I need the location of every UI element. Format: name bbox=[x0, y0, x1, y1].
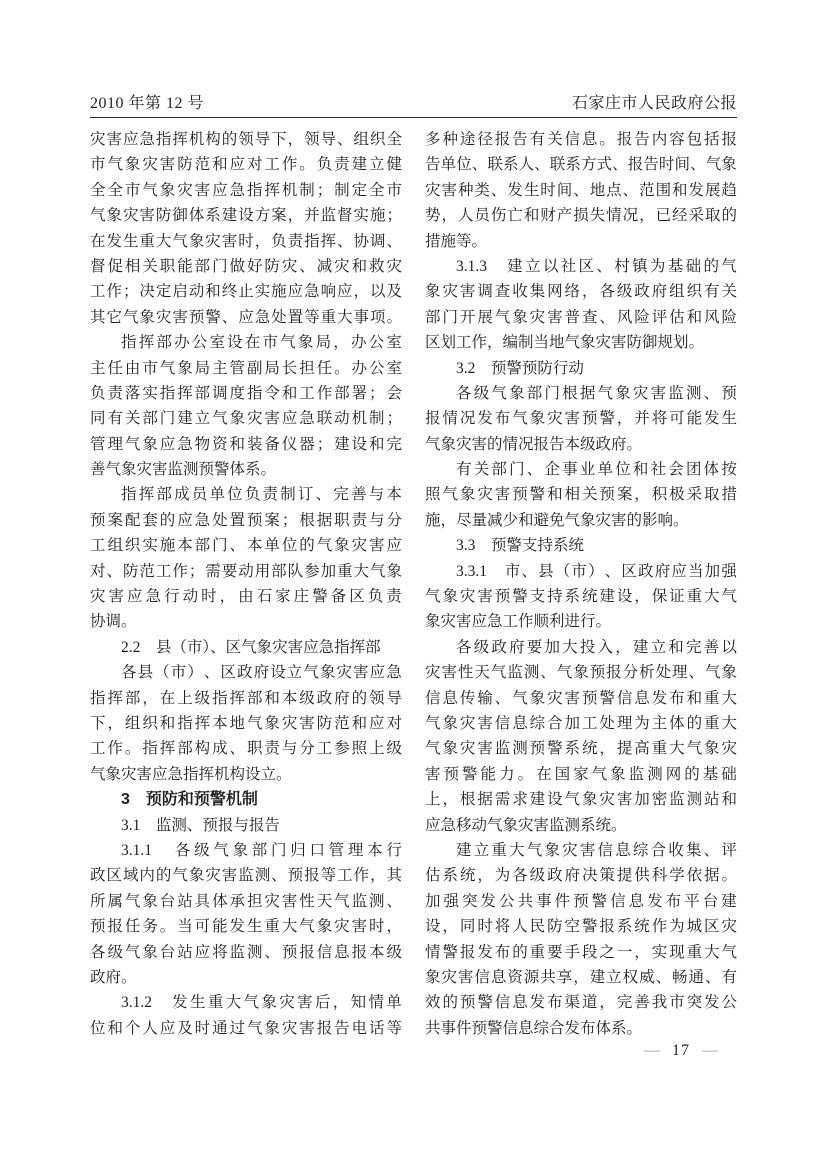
text-line: 工作；决定启动和终止实施应急响应，以及 bbox=[90, 279, 402, 304]
text-line: 情警报发布的重要手段之一，实现重大气 bbox=[425, 940, 737, 965]
text-line: 上，根据需求建设气象灾害加密监测站和 bbox=[425, 787, 737, 812]
text-line: 市气象灾害防范和应对工作。负责建立健 bbox=[90, 152, 402, 177]
text-line: 3.1.3 建立以社区、村镇为基础的气 bbox=[425, 254, 737, 279]
text-line: 对、防范工作；需要动用部队参加重大气象 bbox=[90, 559, 402, 584]
text-line: 气象灾害应急指挥机构设立。 bbox=[90, 762, 402, 787]
text-line: 效的预警信息发布渠道，完善我市突发公 bbox=[425, 990, 737, 1015]
text-line: 告单位、联系人、联系方式、报告时间、气象 bbox=[425, 152, 737, 177]
text-line: 象灾害调查收集网络，各级政府组织有关 bbox=[425, 279, 737, 304]
header-issue-label: 2010 年第 12 号 bbox=[90, 90, 204, 113]
text-line: 气象灾害信息综合加工处理为主体的重大 bbox=[425, 711, 737, 736]
text-line: 各级政府要加大投入，建立和完善以 bbox=[425, 635, 737, 660]
text-line: 灾害性天气监测、气象预报分析处理、气象 bbox=[425, 660, 737, 685]
article-body: 灾害应急指挥机构的领导下，领导、组织全市气象灾害防范和应对工作。负责建立健全全市… bbox=[90, 127, 737, 1041]
column-right: 多种途径报告有关信息。报告内容包括报告单位、联系人、联系方式、报告时间、气象灾害… bbox=[425, 127, 737, 1041]
text-line: 其它气象灾害预警、应急处置等重大事项。 bbox=[90, 305, 402, 330]
text-line: 指挥部成员单位负责制订、完善与本 bbox=[90, 482, 402, 507]
text-line: 灾害应急行动时，由石家庄警备区负责 bbox=[90, 584, 402, 609]
header-rule bbox=[90, 117, 737, 118]
text-line: 在发生重大气象灾害时，负责指挥、协调、 bbox=[90, 229, 402, 254]
text-line: 有关部门、企事业单位和社会团体按 bbox=[425, 457, 737, 482]
text-line: 多种途径报告有关信息。报告内容包括报 bbox=[425, 127, 737, 152]
text-line: 措施等。 bbox=[425, 229, 737, 254]
text-line: 2.2 县（市）、区气象灾害应急指挥部 bbox=[90, 635, 402, 660]
text-line: 下，组织和指挥本地气象灾害防范和应对 bbox=[90, 711, 402, 736]
text-line: 施，尽量减少和避免气象灾害的影响。 bbox=[425, 508, 737, 533]
text-line: 督促相关职能部门做好防灾、减灾和救灾 bbox=[90, 254, 402, 279]
text-line: 所属气象台站具体承担灾害性天气监测、 bbox=[90, 889, 402, 914]
header-publication-title: 石家庄市人民政府公报 bbox=[572, 90, 737, 113]
text-line: 3.3 预警支持系统 bbox=[425, 533, 737, 558]
text-line: 主任由市气象局主管副局长担任。办公室 bbox=[90, 356, 402, 381]
text-line: 善气象灾害监测预警体系。 bbox=[90, 457, 402, 482]
gazette-page: 2010 年第 12 号 石家庄市人民政府公报 灾害应急指挥机构的领导下，领导、… bbox=[0, 0, 826, 1169]
text-line: 信息传输、气象灾害预警信息发布和重大 bbox=[425, 686, 737, 711]
text-line: 协调。 bbox=[90, 609, 402, 634]
text-line: 工作。指挥部构成、职责与分工参照上级 bbox=[90, 736, 402, 761]
text-line: 气象灾害预警支持系统建设，保证重大气 bbox=[425, 584, 737, 609]
text-line: 负责落实指挥部调度指令和工作部署；会 bbox=[90, 381, 402, 406]
text-line: 加强突发公共事件预警信息发布平台建 bbox=[425, 889, 737, 914]
text-line: 各级气象台站应将监测、预报信息报本级 bbox=[90, 940, 402, 965]
page-footer: — 17 — bbox=[644, 1042, 718, 1060]
text-line: 3.2 预警预防行动 bbox=[425, 356, 737, 381]
text-line: 预报任务。当可能发生重大气象灾害时， bbox=[90, 914, 402, 939]
text-line: 3.1 监测、预报与报告 bbox=[90, 813, 402, 838]
text-line: 势，人员伤亡和财产损失情况，已经采取的 bbox=[425, 203, 737, 228]
column-left: 灾害应急指挥机构的领导下，领导、组织全市气象灾害防范和应对工作。负责建立健全全市… bbox=[90, 127, 402, 1041]
text-line: 气象灾害防御体系建设方案，并监督实施； bbox=[90, 203, 402, 228]
text-line: 区划工作，编制当地气象灾害防御规划。 bbox=[425, 330, 737, 355]
page-header: 2010 年第 12 号 石家庄市人民政府公报 bbox=[90, 90, 737, 113]
text-line: 同有关部门建立气象灾害应急联动机制； bbox=[90, 406, 402, 431]
text-line: 管理气象应急物资和装备仪器；建设和完 bbox=[90, 432, 402, 457]
text-line: 气象灾害的情况报告本级政府。 bbox=[425, 432, 737, 457]
text-line: 应急移动气象灾害监测系统。 bbox=[425, 813, 737, 838]
text-line: 各县（市）、区政府设立气象灾害应急 bbox=[90, 660, 402, 685]
section-heading: 3 预防和预警机制 bbox=[90, 787, 402, 812]
text-line: 全全市气象灾害应急指挥机制；制定全市 bbox=[90, 178, 402, 203]
text-line: 估系统，为各级政府决策提供科学依据。 bbox=[425, 863, 737, 888]
text-line: 报情况发布气象灾害预警，并将可能发生 bbox=[425, 406, 737, 431]
text-line: 建立重大气象灾害信息综合收集、评 bbox=[425, 838, 737, 863]
text-line: 预案配套的应急处置预案；根据职责与分 bbox=[90, 508, 402, 533]
text-line: 政府。 bbox=[90, 965, 402, 990]
text-line: 3.1.2 发生重大气象灾害后，知情单 bbox=[90, 990, 402, 1015]
text-line: 政区域内的气象灾害监测、预报等工作，其 bbox=[90, 863, 402, 888]
text-line: 3.3.1 市、县（市）、区政府应当加强 bbox=[425, 559, 737, 584]
text-line: 象灾害信息资源共享，建立权威、畅通、有 bbox=[425, 965, 737, 990]
footer-dash-left: — bbox=[644, 1042, 660, 1060]
footer-dash-right: — bbox=[702, 1042, 718, 1060]
text-line: 灾害种类、发生时间、地点、范围和发展趋 bbox=[425, 178, 737, 203]
text-line: 照气象灾害预警和相关预案，积极采取措 bbox=[425, 482, 737, 507]
text-line: 部门开展气象灾害普查、风险评估和风险 bbox=[425, 305, 737, 330]
text-line: 3.1.1 各级气象部门归口管理本行 bbox=[90, 838, 402, 863]
page-number: 17 bbox=[672, 1042, 690, 1060]
text-line: 共事件预警信息综合发布体系。 bbox=[425, 1016, 737, 1041]
text-line: 位和个人应及时通过气象灾害报告电话等 bbox=[90, 1016, 402, 1041]
text-line: 灾害应急指挥机构的领导下，领导、组织全 bbox=[90, 127, 402, 152]
text-line: 各级气象部门根据气象灾害监测、预 bbox=[425, 381, 737, 406]
text-line: 指挥部办公室设在市气象局，办公室 bbox=[90, 330, 402, 355]
text-line: 气象灾害监测预警系统，提高重大气象灾 bbox=[425, 736, 737, 761]
text-line: 设，同时将人民防空警报系统作为城区灾 bbox=[425, 914, 737, 939]
text-line: 害预警能力。在国家气象监测网的基础 bbox=[425, 762, 737, 787]
text-line: 指挥部，在上级指挥部和本级政府的领导 bbox=[90, 686, 402, 711]
text-line: 工组织实施本部门、本单位的气象灾害应 bbox=[90, 533, 402, 558]
text-line: 象灾害应急工作顺利进行。 bbox=[425, 609, 737, 634]
